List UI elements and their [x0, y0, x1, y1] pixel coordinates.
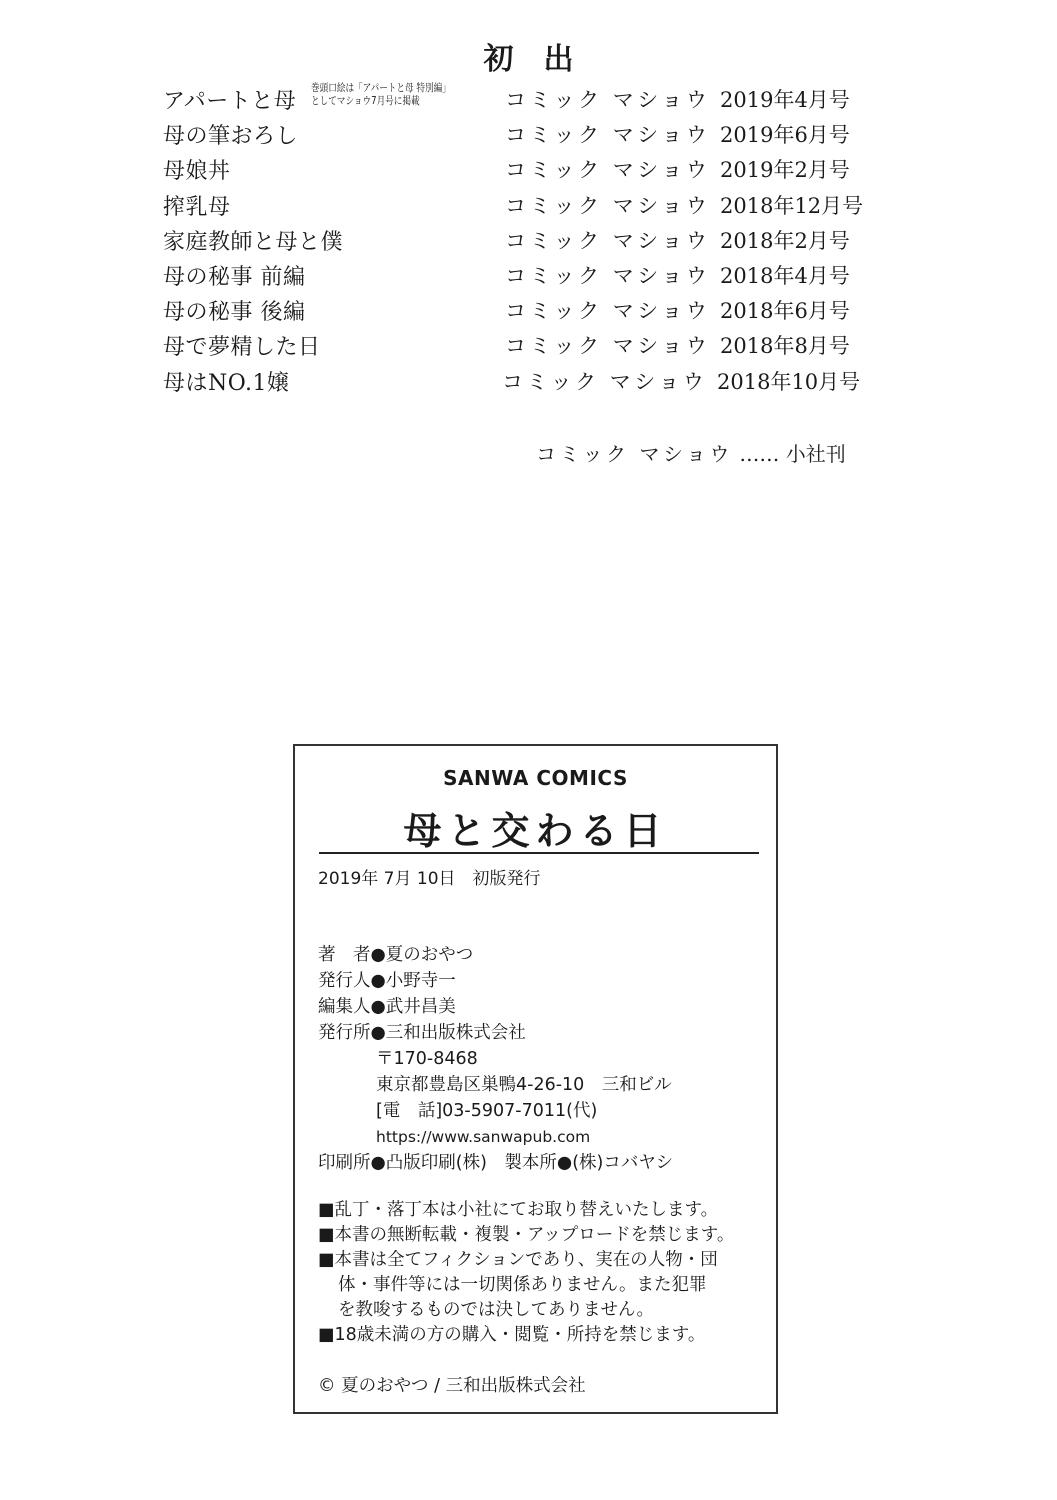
magazine-name: コミック マショウ: [505, 190, 710, 220]
first-appearance-heading: 初出: [0, 34, 1057, 74]
issue-date: 2018年10月号: [717, 366, 860, 396]
list-item: アパートと母 巻頭口絵は「アパートと母 特別編」 としてマショウ7月号に掲載 コ…: [163, 82, 883, 117]
series-label: SANWA COMICS: [295, 766, 776, 790]
title-divider: [319, 852, 759, 854]
leader-dots: ……: [739, 442, 779, 466]
phone-line: [電 話]03-5907-7011(代): [318, 1098, 673, 1124]
list-item: 家庭教師と母と僕 コミック マショウ 2018年2月号: [163, 223, 883, 258]
story-title: 母娘丼: [163, 154, 231, 185]
magazine-name: コミック マショウ: [505, 154, 710, 184]
magazine-name: コミック マショウ: [505, 330, 710, 360]
list-item: 母はNO.1嬢 コミック マショウ 2018年10月号: [163, 364, 883, 399]
notices-block: ■乱丁・落丁本は小社にてお取り替えいたします。 ■本書の無断転載・複製・アップロ…: [318, 1198, 734, 1348]
story-title: 母で夢精した日: [163, 330, 321, 361]
magazine-name: コミック マショウ: [536, 442, 733, 466]
list-item: 母の筆おろし コミック マショウ 2019年6月号: [163, 117, 883, 152]
editor-line: 編集人●武井昌美: [318, 994, 673, 1020]
notice-item: ■乱丁・落丁本は小社にてお取り替えいたします。: [318, 1198, 734, 1223]
address-line: 東京都豊島区巣鴨4-26-10 三和ビル: [318, 1072, 673, 1098]
issue-date: 2018年4月号: [720, 260, 850, 290]
publisher-label: 小社刊: [786, 442, 846, 466]
notice-item-continued: 体・事件等には一切関係ありません。また犯罪: [318, 1273, 734, 1298]
issue-date: 2018年2月号: [720, 225, 850, 255]
story-title: 搾乳母: [163, 190, 231, 221]
credits-block: 著 者●夏のおやつ 発行人●小野寺一 編集人●武井昌美 発行所●三和出版株式会社…: [318, 942, 673, 1176]
issue-date: 2018年12月号: [720, 190, 863, 220]
story-title: 母の筆おろし: [163, 119, 298, 150]
magazine-name: コミック マショウ: [505, 260, 710, 290]
story-title: 母の秘事 後編: [163, 295, 306, 326]
issue-date: 2018年6月号: [720, 295, 850, 325]
story-note: 巻頭口絵は「アパートと母 特別編」 としてマショウ7月号に掲載: [311, 82, 451, 108]
magazine-name: コミック マショウ: [505, 295, 710, 325]
magazine-name: コミック マショウ: [505, 84, 710, 114]
issue-date: 2019年2月号: [720, 154, 850, 184]
story-title: 母の秘事 前編: [163, 260, 306, 291]
story-title: 家庭教師と母と僕: [163, 225, 343, 256]
printing-line: 印刷所●凸版印刷(株) 製本所●(株)コバヤシ: [318, 1150, 673, 1176]
publisher-person-line: 発行人●小野寺一: [318, 968, 673, 994]
issue-date: 2019年4月号: [720, 84, 850, 114]
list-item: 母の秘事 前編 コミック マショウ 2018年4月号: [163, 258, 883, 293]
story-note-line: 巻頭口絵は「アパートと母 特別編」: [311, 82, 451, 95]
author-line: 著 者●夏のおやつ: [318, 942, 673, 968]
copyright-line: © 夏のおやつ / 三和出版株式会社: [318, 1372, 586, 1397]
issue-date: 2019年6月号: [720, 119, 850, 149]
notice-item: ■本書は全てフィクションであり、実在の人物・団: [318, 1248, 734, 1273]
postal-code: 〒170-8468: [318, 1046, 673, 1072]
list-item: 搾乳母 コミック マショウ 2018年12月号: [163, 188, 883, 223]
book-title: 母と交わる日: [295, 800, 776, 855]
notice-item: ■18歳未満の方の購入・閲覧・所持を禁じます。: [318, 1323, 734, 1348]
story-title: アパートと母: [163, 84, 296, 115]
magazine-name: コミック マショウ: [505, 119, 710, 149]
publisher-note: コミック マショウ …… 小社刊: [536, 438, 846, 467]
story-title: 母はNO.1嬢: [163, 366, 290, 397]
list-item: 母娘丼 コミック マショウ 2019年2月号: [163, 152, 883, 187]
website-link[interactable]: https://www.sanwapub.com: [318, 1124, 673, 1150]
colophon-box: SANWA COMICS 母と交わる日 2019年 7月 10日 初版発行 著 …: [293, 744, 778, 1414]
edition-date: 2019年 7月 10日 初版発行: [318, 864, 541, 889]
notice-item: ■本書の無断転載・複製・アップロードを禁じます。: [318, 1223, 734, 1248]
notice-item-continued: を教唆するものでは決してありません。: [318, 1298, 734, 1323]
story-note-line: としてマショウ7月号に掲載: [311, 95, 451, 108]
issue-date: 2018年8月号: [720, 330, 850, 360]
magazine-name: コミック マショウ: [505, 225, 710, 255]
list-item: 母で夢精した日 コミック マショウ 2018年8月号: [163, 328, 883, 363]
first-appearance-list: アパートと母 巻頭口絵は「アパートと母 特別編」 としてマショウ7月号に掲載 コ…: [163, 82, 883, 399]
magazine-name: コミック マショウ: [502, 366, 707, 396]
list-item: 母の秘事 後編 コミック マショウ 2018年6月号: [163, 293, 883, 328]
publishing-house-line: 発行所●三和出版株式会社: [318, 1020, 673, 1046]
